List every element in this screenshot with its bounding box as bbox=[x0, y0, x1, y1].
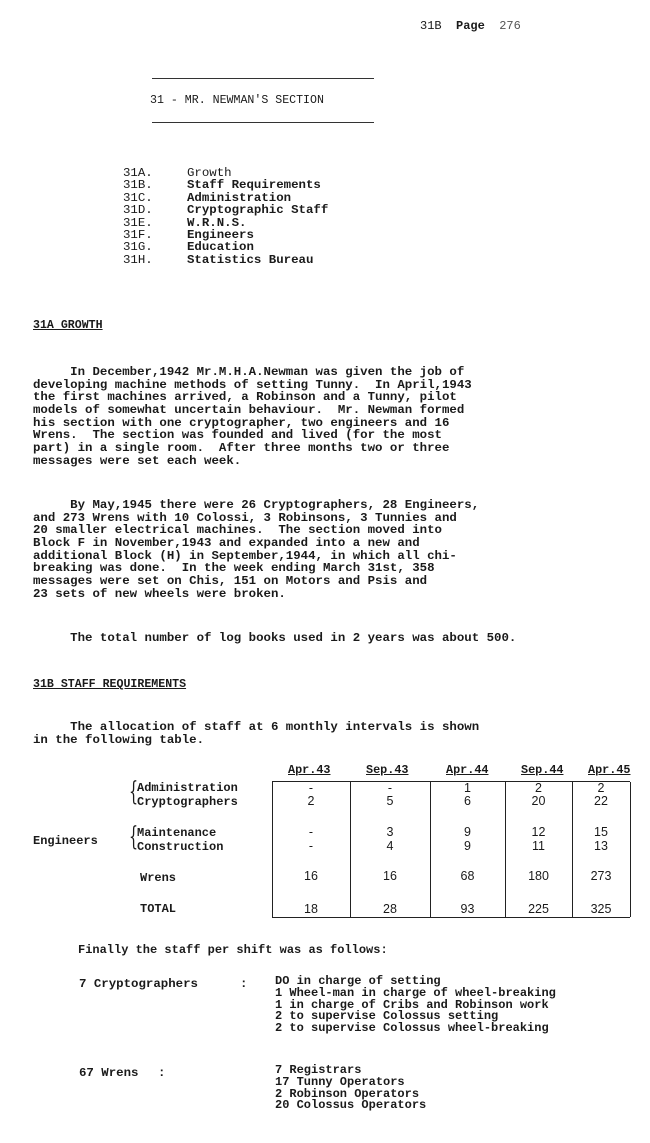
toc-item-number: 31B. bbox=[123, 179, 187, 191]
brace-icon: { bbox=[129, 779, 138, 805]
row-label: TOTAL bbox=[140, 903, 176, 916]
toc-item-label: Statistics Bureau bbox=[187, 253, 313, 267]
shift-cryptographers-colon: : bbox=[240, 978, 247, 991]
column-header: Apr.43 bbox=[288, 764, 330, 777]
column-header: Apr.44 bbox=[446, 764, 488, 777]
table-cell: 6 bbox=[430, 795, 505, 808]
row-group-label-engineers: Engineers bbox=[33, 835, 98, 848]
shift-intro: Finally the staff per shift was as follo… bbox=[78, 944, 388, 957]
growth-paragraph-3: The total number of log books used in 2 … bbox=[33, 632, 633, 645]
table-cell: 93 bbox=[430, 903, 505, 916]
table-cell: 9 bbox=[430, 826, 505, 839]
page-title: 31 - MR. NEWMAN'S SECTION bbox=[150, 94, 324, 107]
table-cell: - bbox=[272, 840, 350, 853]
toc-item-number: 31D. bbox=[123, 204, 187, 216]
shift-wrens-colon: : bbox=[158, 1067, 165, 1080]
table-cell: 2 bbox=[272, 795, 350, 808]
row-label: Administration bbox=[137, 782, 238, 795]
table-cell: 15 bbox=[572, 826, 630, 839]
list-item: 2 to supervise Colossus wheel-breaking bbox=[275, 1023, 556, 1035]
text-line: Block F in November,1943 and expanded in… bbox=[33, 537, 633, 550]
table-cell: 12 bbox=[505, 826, 572, 839]
table-cell: 16 bbox=[350, 870, 430, 883]
row-label: Wrens bbox=[140, 872, 176, 885]
text-line: 23 sets of new wheels were broken. bbox=[33, 588, 633, 601]
table-cell: - bbox=[272, 782, 350, 795]
table-cell: 1 bbox=[430, 782, 505, 795]
table-column-divider bbox=[505, 782, 506, 917]
table-cell: - bbox=[350, 782, 430, 795]
column-header: Apr.45 bbox=[588, 764, 630, 777]
table-cell: 273 bbox=[572, 870, 630, 883]
column-header: Sep.43 bbox=[366, 764, 408, 777]
shift-wrens-label: 67 Wrens bbox=[79, 1067, 139, 1080]
table-top-border bbox=[272, 781, 630, 782]
column-header: Sep.44 bbox=[521, 764, 563, 777]
table-cell: 325 bbox=[572, 903, 630, 916]
table-column-divider bbox=[350, 782, 351, 917]
text-line: in the following table. bbox=[33, 734, 633, 747]
table-cell: 225 bbox=[505, 903, 572, 916]
table-cell: 18 bbox=[272, 903, 350, 916]
table-bottom-border bbox=[272, 917, 630, 918]
shift-cryptographers-label: 7 Cryptographers bbox=[79, 978, 198, 991]
section-code: 31B bbox=[420, 19, 442, 33]
text-line: models of somewhat uncertain behaviour. … bbox=[33, 404, 633, 417]
text-line: messages were set on Chis, 151 on Motors… bbox=[33, 575, 633, 588]
page-number: 276 bbox=[499, 19, 521, 33]
row-label: Maintenance bbox=[137, 827, 216, 840]
table-of-contents: 31A.Growth31B.Staff Requirements31C.Admi… bbox=[123, 167, 328, 266]
table-cell: 13 bbox=[572, 840, 630, 853]
table-cell: 2 bbox=[505, 782, 572, 795]
section-heading-staff-requirements: 31B STAFF REQUIREMENTS bbox=[33, 678, 186, 691]
table-cell: 4 bbox=[350, 840, 430, 853]
table-cell: 180 bbox=[505, 870, 572, 883]
table-column-divider bbox=[630, 782, 631, 917]
row-label: Construction bbox=[137, 841, 223, 854]
toc-item: 31H.Statistics Bureau bbox=[123, 254, 328, 266]
brace-icon: { bbox=[129, 824, 138, 850]
row-label: Cryptographers bbox=[137, 796, 238, 809]
table-cell: 2 bbox=[572, 782, 630, 795]
table-cell: 11 bbox=[505, 840, 572, 853]
table-column-divider bbox=[430, 782, 431, 917]
table-cell: 16 bbox=[272, 870, 350, 883]
table-cell: 5 bbox=[350, 795, 430, 808]
shift-wrens-list: 7 Registrars17 Tunny Operators2 Robinson… bbox=[275, 1065, 426, 1112]
list-item: 20 Colossus Operators bbox=[275, 1100, 426, 1112]
table-cell: 9 bbox=[430, 840, 505, 853]
text-line: The allocation of staff at 6 monthly int… bbox=[33, 721, 633, 734]
text-line: messages were set each week. bbox=[33, 455, 633, 468]
staff-intro-paragraph: The allocation of staff at 6 monthly int… bbox=[33, 721, 633, 746]
section-heading-growth: 31A GROWTH bbox=[33, 319, 103, 332]
table-column-divider bbox=[572, 782, 573, 917]
toc-item-number: 31H. bbox=[123, 254, 187, 266]
table-cell: 22 bbox=[572, 795, 630, 808]
shift-cryptographers-list: DO in charge of setting1 Wheel-man in ch… bbox=[275, 976, 556, 1035]
text-line: part) in a single room. After three mont… bbox=[33, 442, 633, 455]
growth-paragraph-1: In December,1942 Mr.M.H.A.Newman was giv… bbox=[33, 366, 633, 468]
page-label: Page bbox=[456, 19, 485, 33]
text-line: By May,1945 there were 26 Cryptographers… bbox=[33, 499, 633, 512]
toc-item-number: 31G. bbox=[123, 241, 187, 253]
table-cell: - bbox=[272, 826, 350, 839]
title-top-rule bbox=[152, 78, 374, 79]
table-column-divider bbox=[272, 782, 273, 917]
page-header: 31B Page 276 bbox=[420, 20, 521, 33]
table-cell: 20 bbox=[505, 795, 572, 808]
text-line: The total number of log books used in 2 … bbox=[33, 632, 633, 645]
table-cell: 3 bbox=[350, 826, 430, 839]
table-cell: 28 bbox=[350, 903, 430, 916]
text-line: In December,1942 Mr.M.H.A.Newman was giv… bbox=[33, 366, 633, 379]
growth-paragraph-2: By May,1945 there were 26 Cryptographers… bbox=[33, 499, 633, 601]
title-bottom-rule bbox=[152, 122, 374, 123]
table-cell: 68 bbox=[430, 870, 505, 883]
